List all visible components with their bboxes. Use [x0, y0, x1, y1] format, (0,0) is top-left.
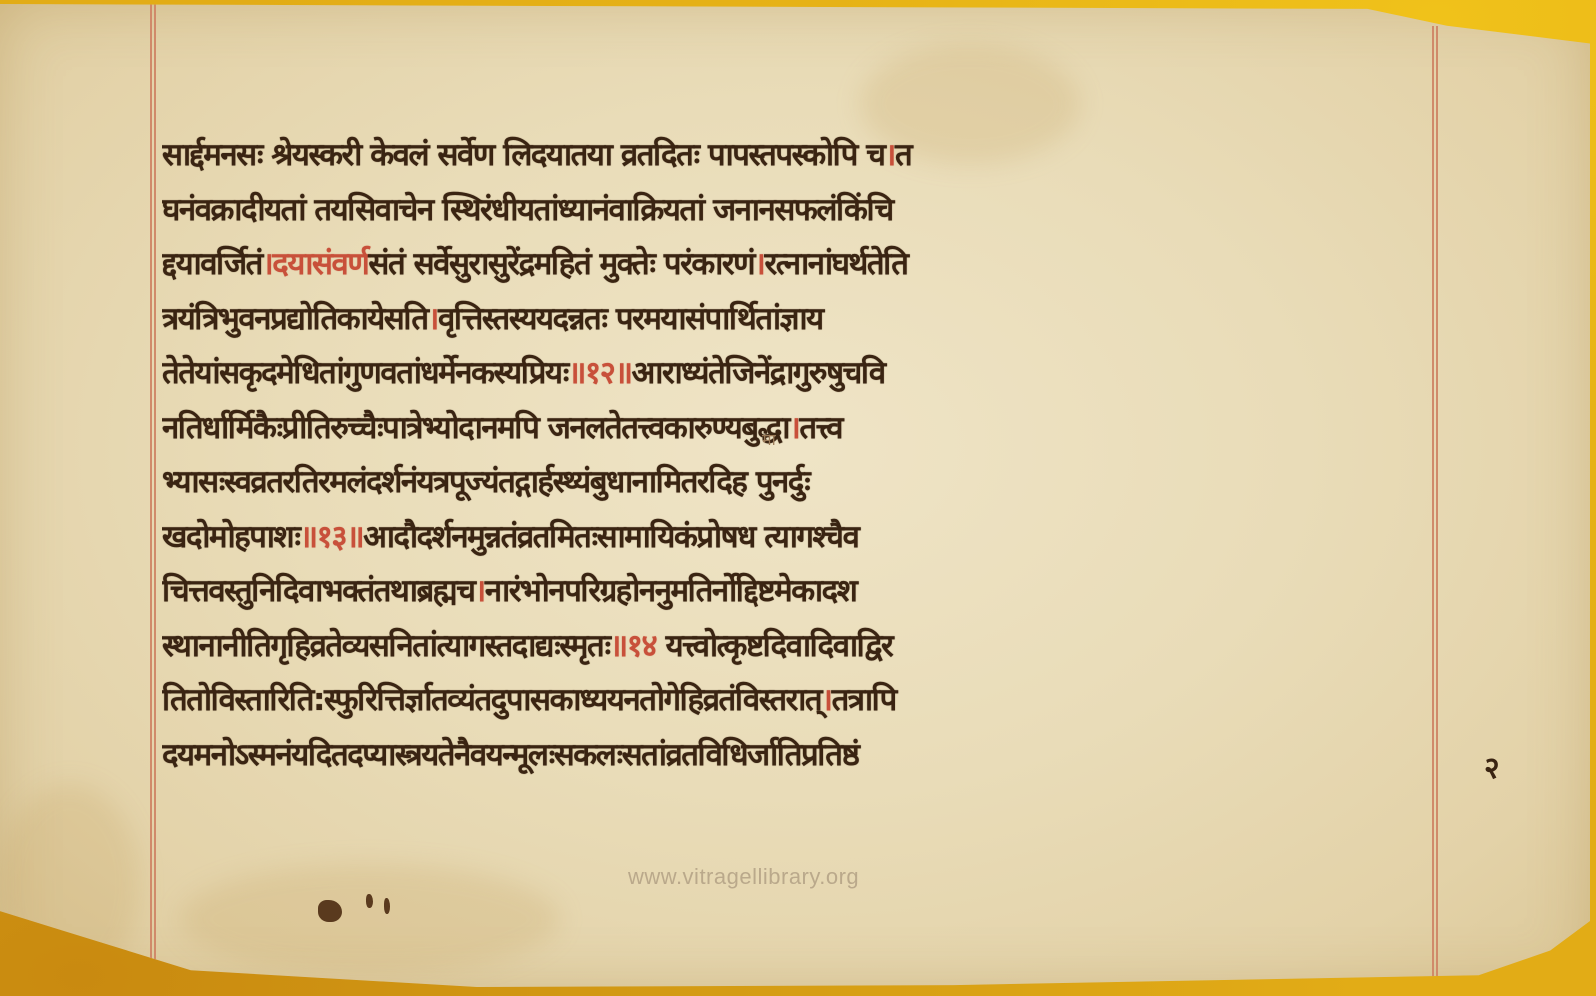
text-segment: जनलतेतत्त्वकारुण्यबुद्धा	[548, 410, 789, 446]
text-line: नतिर्धार्मिकैःप्रीतिरुच्चैःपात्रेभ्योदान…	[162, 401, 1434, 456]
ink-blot	[318, 900, 342, 922]
text-segment: त	[895, 137, 911, 173]
text-segment: भ्यासःस्वव्रतरतिरमलंदर्शनंयत्रपूज्यंतद्ग…	[162, 464, 809, 500]
rubric-verse-marker: ।दयासंवर्ण	[262, 246, 368, 282]
text-line: द्दयावर्जितं।दयासंवर्णसंतं सर्वेसुरासुरे…	[162, 237, 1434, 292]
text-segment: तेतेयांसकृदमेधितांगुणवतांधर्मेनकस्यप्रिय…	[162, 355, 568, 391]
rubric-verse-marker: ॥१२॥	[568, 355, 632, 391]
text-line: त्रयंत्रिभुवनप्रद्योतिकायेसति।वृत्तिस्तस…	[162, 292, 1434, 347]
watermark: www.vitragellibrary.org	[628, 864, 859, 890]
text-segment: तितोविस्तारिति:स्फुरित्तिर्ज्ञातव्यंतदुप…	[162, 682, 821, 718]
text-segment: नारंभोनपरिग्रहोननुमतिर्नोद्दिष्टमेकादश	[485, 573, 857, 609]
text-segment: खदोमोहपाशः	[162, 519, 299, 555]
rubric-verse-marker: ।	[789, 410, 799, 446]
text-segment	[539, 410, 548, 446]
text-segment: नतिर्धार्मिकैःप्रीतिरुच्चैःपात्रेभ्योदान…	[162, 410, 539, 446]
marginal-note: मा	[762, 428, 776, 450]
rubric-verse-marker: ॥१३॥	[299, 519, 363, 555]
text-segment: वृत्तिस्तस्ययदन्नतः परमयासंपार्थितांज्ञा…	[438, 301, 823, 337]
paper-stain	[180, 864, 560, 974]
text-segment: रत्नानांघर्थतेति	[765, 246, 908, 282]
text-segment: यत्त्वोत्कृष्टदिवादिवाद्विर	[656, 628, 892, 664]
page-number: २	[1484, 746, 1500, 787]
text-segment	[755, 519, 764, 555]
text-line: स्थानानीतिगृहिव्रतेव्यसनितांत्यागस्तदाद्…	[162, 619, 1434, 674]
rubric-verse-marker: ।	[475, 573, 485, 609]
text-segment: संतं सर्वेसुरासुरेंद्रमहितं मुक्तेः परंक…	[368, 246, 754, 282]
text-segment: तत्रापि	[832, 682, 896, 718]
left-margin-rule	[150, 4, 156, 990]
text-segment: चित्तवस्तुनिदिवाभक्तंतथाब्रह्मच	[162, 573, 475, 609]
rubric-verse-marker: ।	[821, 682, 831, 718]
text-segment: द्दयावर्जितं	[162, 246, 262, 282]
text-segment: त्रयंत्रिभुवनप्रद्योतिकायेसति	[162, 301, 428, 337]
text-segment: स्थानानीतिगृहिव्रतेव्यसनितांत्यागस्तदाद्…	[162, 628, 610, 664]
manuscript-folio: सार्द्दमनसः श्रेयस्करी केवलं सर्वेण लिदय…	[0, 4, 1590, 990]
text-segment: दयमनोऽस्मनंयदितदप्यास्त्रयतेनैवयन्मूलःसक…	[162, 737, 858, 773]
text-segment: घनंवक्रादीयतां तयसिवाचेन स्थिरंधीयतांध्य…	[162, 192, 893, 228]
text-line: चित्तवस्तुनिदिवाभक्तंतथाब्रह्मच।नारंभोनप…	[162, 564, 1434, 619]
text-line: सार्द्दमनसः श्रेयस्करी केवलं सर्वेण लिदय…	[162, 128, 1434, 183]
rubric-verse-marker: ।	[428, 301, 438, 337]
text-segment: आदौदर्शनमुन्नतंव्रतमितःसामायिकंप्रोषध	[363, 519, 755, 555]
ink-blot	[366, 894, 373, 908]
text-segment: सार्द्दमनसः श्रेयस्करी केवलं सर्वेण लिदय…	[162, 137, 885, 173]
text-segment: तत्त्व	[799, 410, 842, 446]
rubric-verse-marker: ।	[754, 246, 764, 282]
text-line: भ्यासःस्वव्रतरतिरमलंदर्शनंयत्रपूज्यंतद्ग…	[162, 455, 1434, 510]
ink-blot	[384, 898, 390, 914]
rubric-verse-marker: ।	[885, 137, 895, 173]
rubric-verse-marker: ॥१४	[610, 628, 657, 664]
text-segment: त्यागश्चैव	[764, 519, 858, 555]
text-line: घनंवक्रादीयतां तयसिवाचेन स्थिरंधीयतांध्य…	[162, 183, 1434, 238]
text-line: तितोविस्तारिति:स्फुरित्तिर्ज्ञातव्यंतदुप…	[162, 673, 1434, 728]
text-segment: आराध्यंतेजिनेंद्रागुरुषुचवि	[632, 355, 885, 391]
text-line: तेतेयांसकृदमेधितांगुणवतांधर्मेनकस्यप्रिय…	[162, 346, 1434, 401]
text-line: खदोमोहपाशः॥१३॥आदौदर्शनमुन्नतंव्रतमितःसाम…	[162, 510, 1434, 565]
manuscript-text: सार्द्दमनसः श्रेयस्करी केवलं सर्वेण लिदय…	[162, 128, 1434, 782]
text-line: दयमनोऽस्मनंयदितदप्यास्त्रयतेनैवयन्मूलःसक…	[162, 728, 1434, 783]
